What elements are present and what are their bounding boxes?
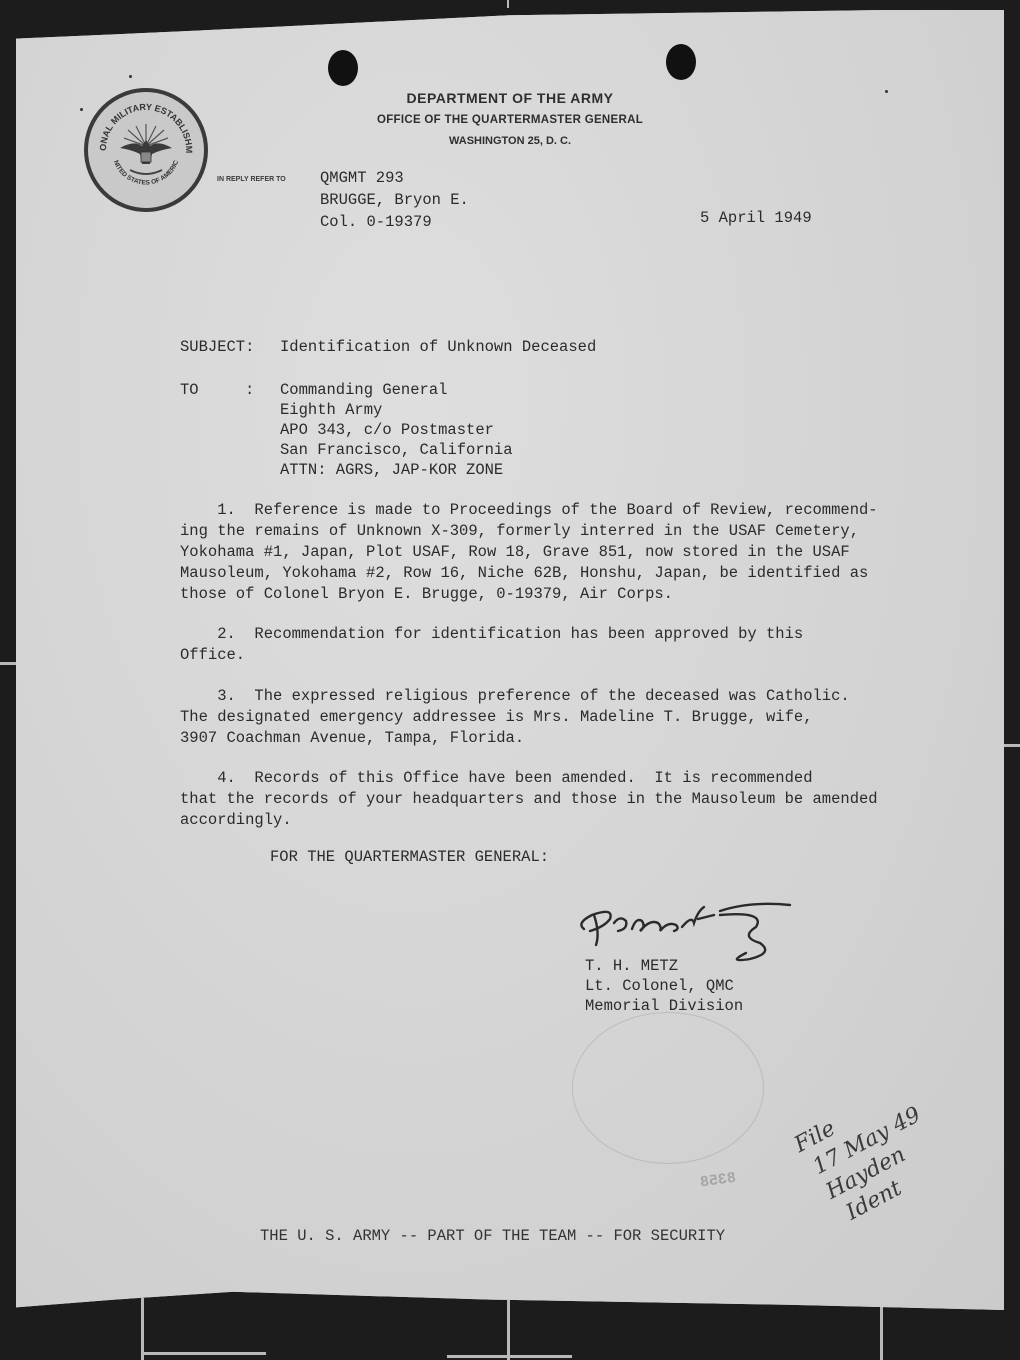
paragraph-line: 3. The expressed religious preference of… [180,686,850,707]
subject-label: SUBJECT: [180,337,254,358]
board-grid-line [507,1300,510,1360]
punch-hole [328,50,358,86]
faint-stamp-impression [572,1012,764,1164]
signatory-rank: Lt. Colonel, QMC [585,976,734,997]
letter-date: 5 April 1949 [700,208,812,229]
board-grid-line [141,1352,266,1355]
letterhead-department: DEPARTMENT OF THE ARMY [300,90,720,106]
paragraph-line: ing the remains of Unknown X-309, former… [180,521,859,542]
board-grid-line [447,1355,572,1358]
reference-serial: Col. 0-19379 [320,212,432,233]
reply-refer-label: IN REPLY REFER TO [217,176,286,183]
signatory-name: T. H. METZ [585,956,678,977]
addressee-line: Commanding General [280,380,447,401]
addressee-line: ATTN: AGRS, JAP-KOR ZONE [280,460,503,481]
paragraph-line: Mausoleum, Yokohama #2, Row 16, Niche 62… [180,563,868,584]
board-grid-line [1004,744,1020,747]
paragraph-line: those of Colonel Bryon E. Brugge, 0-1937… [180,584,673,605]
paragraph-line: accordingly. [180,810,292,831]
paragraph-line: 3907 Coachman Avenue, Tampa, Florida. [180,728,524,749]
footer-motto: THE U. S. ARMY -- PART OF THE TEAM -- FO… [260,1226,725,1247]
national-military-establishment-seal-icon: NATIONAL MILITARY ESTABLISHMENT UNITED S… [84,88,208,212]
paragraph-line: 1. Reference is made to Proceedings of t… [180,500,878,521]
addressee-line: San Francisco, California [280,440,513,461]
to-label: TO [180,380,199,401]
board-grid-line [141,1298,144,1360]
subject-text: Identification of Unknown Deceased [280,337,596,358]
letterhead-office: OFFICE OF THE QUARTERMASTER GENERAL [300,114,720,126]
reference-code: QMGMT 293 [320,168,404,189]
paragraph-line: Yokohama #1, Japan, Plot USAF, Row 18, G… [180,542,850,563]
speck [885,90,888,93]
closing-line: FOR THE QUARTERMASTER GENERAL: [270,847,549,868]
speck [129,75,132,78]
board-grid-line [0,662,16,665]
to-colon: : [245,380,254,401]
paragraph-line: that the records of your headquarters an… [180,789,878,810]
paragraph-line: 2. Recommendation for identification has… [180,624,803,645]
board-grid-line [507,0,509,8]
speck [80,108,83,111]
letterhead-address: WASHINGTON 25, D. C. [300,135,720,147]
paragraph-line: Office. [180,645,245,666]
reference-name: BRUGGE, Bryon E. [320,190,469,211]
addressee-line: Eighth Army [280,400,382,421]
paragraph-line: 4. Records of this Office have been amen… [180,768,813,789]
board-grid-line [880,1305,883,1360]
addressee-line: APO 343, c/o Postmaster [280,420,494,441]
punch-hole [666,44,696,80]
paragraph-line: The designated emergency addressee is Mr… [180,707,813,728]
